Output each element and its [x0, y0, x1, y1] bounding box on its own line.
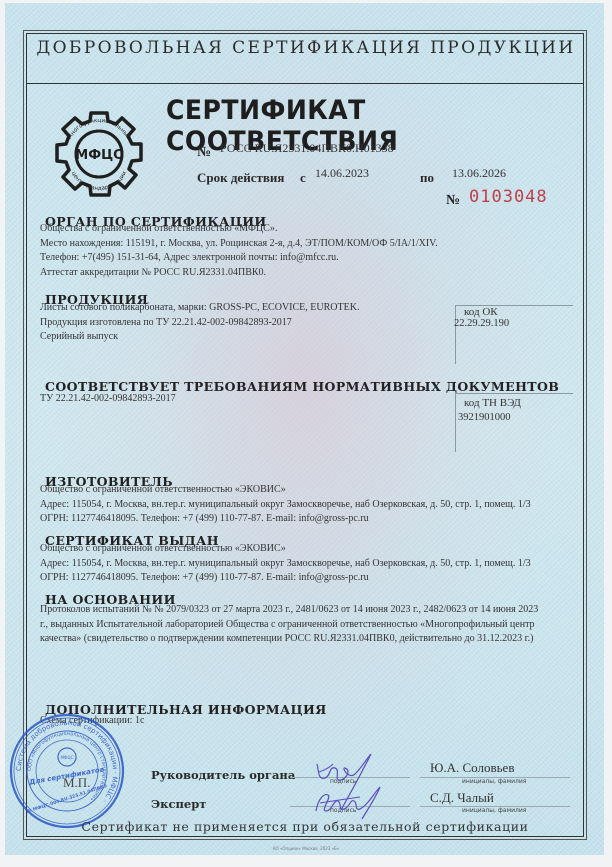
valid-to-label: по	[420, 170, 434, 186]
manufacturer-line: Общество с ограниченной ответственностью…	[40, 483, 531, 498]
head-label: Руководитель органа	[151, 768, 295, 782]
serial-label: №	[446, 193, 460, 209]
issued-to-line: ОГРН: 1127746418095. Телефон: +7 (499) 1…	[40, 571, 531, 586]
certification-body-line: Место нахождения: 115191, г. Москва, ул.…	[40, 237, 438, 252]
valid-to-date: 13.06.2026	[452, 166, 506, 181]
svg-text:центр стандартизации: центр стандартизации	[70, 170, 128, 192]
expert-name-caption: инициалы, фамилия	[462, 807, 526, 814]
top-title: ДОБРОВОЛЬНАЯ СЕРТИФИКАЦИЯ ПРОДУКЦИИ	[0, 38, 612, 58]
okpd-code-value: 22.29.29.190	[454, 318, 509, 329]
expert-name: С.Д. Чалый	[430, 790, 494, 806]
footer-note: Сертификат не применяется при обязательн…	[27, 819, 583, 834]
basis-line: г., выданных Испытательной лабораторией …	[40, 618, 538, 633]
svg-text:МФЦС: МФЦС	[61, 755, 74, 760]
product-text: Листы сотового поликарбоната, марки: GRO…	[40, 301, 359, 345]
serial-number: 0103048	[469, 187, 548, 207]
product-line: Листы сотового поликарбоната, марки: GRO…	[40, 301, 359, 316]
valid-from-label: с	[300, 170, 306, 186]
header-divider	[27, 83, 583, 84]
certificate-number: РОСС RU.Я2331.04ПВК0.Н01338	[220, 141, 394, 156]
head-name: Ю.А. Соловьев	[430, 760, 514, 776]
svg-text:МФЦС: МФЦС	[75, 148, 122, 163]
product-line: Серийный выпуск	[40, 330, 359, 345]
manufacturer-line: Адрес: 115054, г. Москва, вн.тер.г. муни…	[40, 498, 531, 513]
tnved-code-box: код ТН ВЭД 3921901000	[455, 393, 573, 452]
basis-line: Протоколов испытаний № № 2079/0323 от 27…	[40, 603, 538, 618]
certification-body-line: Общества с ограниченной ответственностью…	[40, 222, 438, 237]
gear-logo-icon: МФЦС Многофункциональный центр стандарти…	[45, 100, 153, 208]
issued-to-text: Общество с ограниченной ответственностью…	[40, 542, 531, 586]
okpd-code-box: код ОК 22.29.29.190	[455, 305, 573, 364]
official-stamp-icon: Система добровольной сертификации · МФЦС…	[8, 712, 126, 830]
expert-label: Эксперт	[151, 797, 206, 811]
certification-body-text: Общества с ограниченной ответственностью…	[40, 222, 438, 280]
manufacturer-line: ОГРН: 1127746418095. Телефон: +7 (499) 1…	[40, 512, 531, 527]
certification-body-line: Аттестат аккредитации № РОСС RU.Я2331.04…	[40, 266, 438, 281]
okpd-code-label: код ОК	[464, 306, 498, 318]
signature-icon	[310, 785, 390, 821]
head-name-caption: инициалы, фамилия	[462, 778, 526, 785]
issued-to-line: Адрес: 115054, г. Москва, вн.тер.г. муни…	[40, 557, 531, 572]
tnved-code-value: 3921901000	[458, 412, 511, 423]
conformity-line: ТУ 22.21.42-002-09842893-2017	[40, 392, 176, 407]
manufacturer-text: Общество с ограниченной ответственностью…	[40, 483, 531, 527]
seal-label: М.П.	[63, 775, 90, 791]
valid-from-date: 14.06.2023	[315, 166, 369, 181]
certification-body-line: Телефон: +7(495) 151-31-64, Адрес электр…	[40, 251, 438, 266]
product-line: Продукция изготовлена по ТУ 22.21.42-002…	[40, 316, 359, 331]
basis-line: качества» (свидетельство о подтверждении…	[40, 632, 538, 647]
basis-text: Протоколов испытаний № № 2079/0323 от 27…	[40, 603, 538, 647]
validity-label: Срок действия	[197, 170, 284, 186]
issued-to-line: Общество с ограниченной ответственностью…	[40, 542, 531, 557]
conformity-text: ТУ 22.21.42-002-09842893-2017	[40, 392, 176, 407]
tnved-code-label: код ТН ВЭД	[464, 397, 521, 409]
number-label: №	[197, 145, 211, 161]
printer-imprint: АО «Опцион» Москва, 2023 «Б»	[0, 846, 612, 851]
